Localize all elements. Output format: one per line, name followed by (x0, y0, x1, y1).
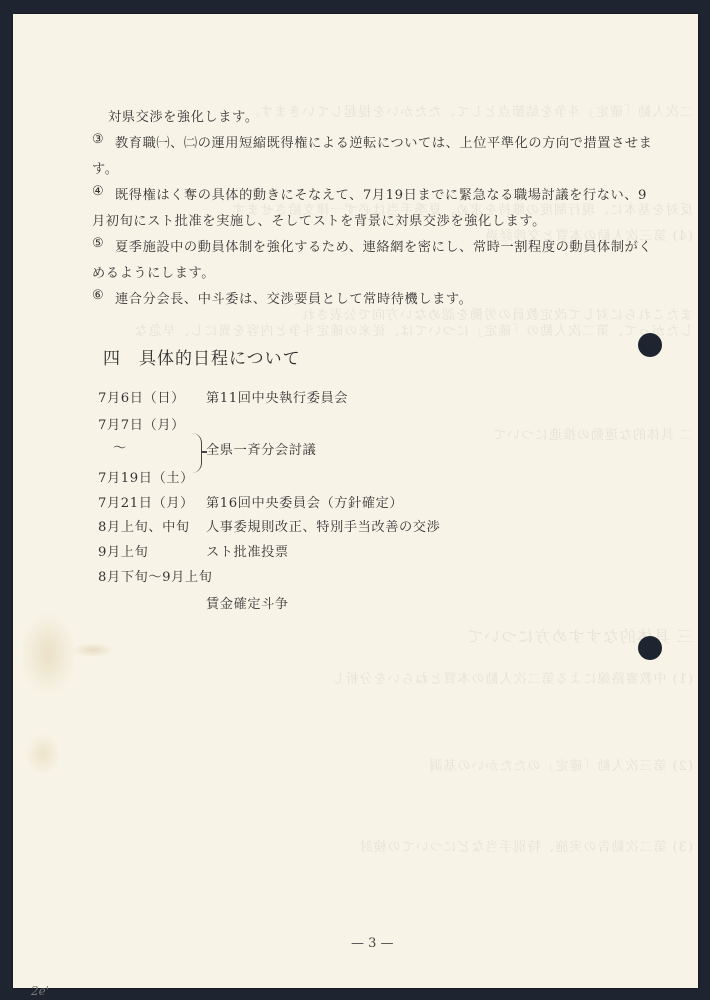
schedule-event: 賃金確定斗争 (206, 593, 289, 612)
item-3-text-cont: す。 (92, 158, 119, 177)
schedule-date: 7月6日（日） (98, 387, 185, 406)
bleed-through-line: したがって、第二次人勧の「確定」については、従来の確定斗争と内容を異にし、早急な (93, 320, 693, 339)
schedule-date: 7月7日（月） (98, 414, 185, 433)
section-number: 四 (103, 344, 121, 369)
item-5-text-cont: めるようにします。 (92, 262, 215, 281)
item-4-text: 既得権はく奪の具体的動きにそなえて、7月19日までに緊急なる職場討議を行ない、9 (115, 184, 647, 203)
item-6-marker: ⑥ (92, 288, 104, 303)
bleed-through-line: (1) 中教審路線による第二次人勧の本質とねらいを分析し (93, 668, 693, 687)
schedule-date: 8月下旬〜9月上旬 (98, 566, 213, 585)
schedule-range-tilde: 〜 (113, 437, 127, 456)
item-6-text: 連合分会長、中斗委は、交渉要員として常時待機します。 (115, 288, 472, 307)
item-3-marker: ③ (92, 132, 104, 147)
schedule-date: 7月21日（月） (98, 492, 194, 511)
bleed-through-line: (2) 第三次人勧「確定」のたたかいの基調 (93, 755, 693, 774)
item-3-text: 教育職㈠、㈡の運用短縮既得権による逆転については、上位平準化の方向で措置させま (115, 132, 652, 151)
item-5-marker: ⑤ (92, 236, 104, 251)
item-5-text: 夏季施設中の動員体制を強化するため、連絡網を密にし、常時一割程度の動員体制がく (115, 236, 652, 255)
schedule-event: 人事委規則改正、特別手当改善の交渉 (206, 516, 440, 535)
schedule-event: 全県一斉分会討議 (206, 439, 316, 458)
document-page: 二次人勧「確定」斗争を結節点として、たたかいを提起していきます。 反対を基本に、… (13, 14, 698, 988)
punch-hole (638, 636, 662, 660)
schedule-date: 7月19日（土） (98, 467, 194, 486)
section-title: 具体的日程について (139, 344, 301, 369)
schedule-date: 8月上旬、中旬 (98, 516, 190, 535)
schedule-event: 第11回中央執行委員会 (206, 387, 348, 406)
continued-text: 対県交渉を強化します。 (108, 106, 259, 125)
punch-hole (638, 333, 662, 357)
item-4-marker: ④ (92, 184, 104, 199)
schedule-date: 9月上旬 (98, 541, 148, 560)
bleed-through-line: (3) 第二次勧告の実施、特別手当などについての検討 (93, 836, 693, 855)
bleed-through-heading: 三 具体的なすすめ方について (93, 624, 693, 647)
schedule-event: スト批准投票 (206, 541, 289, 560)
schedule-event: 第16回中央委員会（方針確定） (206, 492, 403, 511)
page-number: — 3 — (351, 936, 394, 951)
pencil-note: 2e' (31, 984, 49, 998)
item-4-text-cont: 月初旬にスト批准を実施し、そしてストを背景に対県交渉を強化します。 (92, 210, 546, 229)
